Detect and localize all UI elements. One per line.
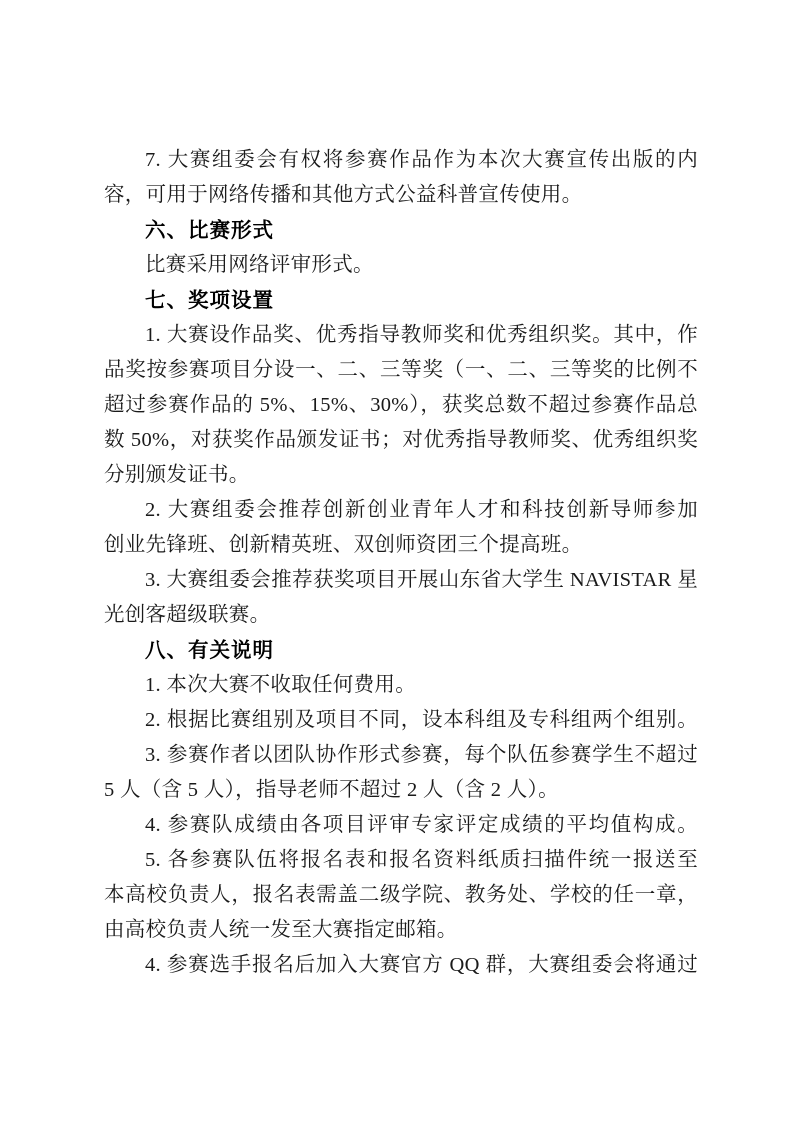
text-line: 7. 大赛组委会有权将参赛作品作为本次大赛宣传出版的内 [104, 143, 698, 178]
text-line: 1. 本次大赛不收取任何费用。 [104, 668, 698, 703]
text-line: 创业先锋班、创新精英班、双创师资团三个提高班。 [104, 528, 698, 563]
text-line: 5. 各参赛队伍将报名表和报名资料纸质扫描件统一报送至 [104, 843, 698, 878]
text-line: 1. 大赛设作品奖、优秀指导教师奖和优秀组织奖。其中，作 [104, 318, 698, 353]
text-line: 2. 大赛组委会推荐创新创业青年人才和科技创新导师参加 [104, 493, 698, 528]
section-heading: 八、有关说明 [104, 633, 698, 668]
text-line: 4. 参赛队成绩由各项目评审专家评定成绩的平均值构成。 [104, 808, 698, 843]
text-line: 2. 根据比赛组别及项目不同，设本科组及专科组两个组别。 [104, 703, 698, 738]
text-line: 品奖按参赛项目分设一、二、三等奖（一、二、三等奖的比例不 [104, 353, 698, 388]
text-line: 5 人（含 5 人），指导老师不超过 2 人（含 2 人）。 [104, 773, 698, 808]
text-line: 3. 参赛作者以团队协作形式参赛，每个队伍参赛学生不超过 [104, 738, 698, 773]
text-line: 分别颁发证书。 [104, 458, 698, 493]
text-line: 比赛采用网络评审形式。 [104, 248, 698, 283]
text-line: 容，可用于网络传播和其他方式公益科普宣传使用。 [104, 178, 698, 213]
section-heading: 七、奖项设置 [104, 283, 698, 318]
text-line: 4. 参赛选手报名后加入大赛官方 QQ 群，大赛组委会将通过 [104, 948, 698, 983]
document-page: 7. 大赛组委会有权将参赛作品作为本次大赛宣传出版的内容，可用于网络传播和其他方… [0, 0, 794, 1123]
text-line: 数 50%，对获奖作品颁发证书；对优秀指导教师奖、优秀组织奖 [104, 423, 698, 458]
section-heading: 六、比赛形式 [104, 213, 698, 248]
text-line: 本高校负责人，报名表需盖二级学院、教务处、学校的任一章， [104, 878, 698, 913]
text-line: 超过参赛作品的 5%、15%、30%），获奖总数不超过参赛作品总 [104, 388, 698, 423]
document-body: 7. 大赛组委会有权将参赛作品作为本次大赛宣传出版的内容，可用于网络传播和其他方… [104, 143, 698, 983]
text-line: 光创客超级联赛。 [104, 598, 698, 633]
text-line: 由高校负责人统一发至大赛指定邮箱。 [104, 913, 698, 948]
text-line: 3. 大赛组委会推荐获奖项目开展山东省大学生 NAVISTAR 星 [104, 563, 698, 598]
